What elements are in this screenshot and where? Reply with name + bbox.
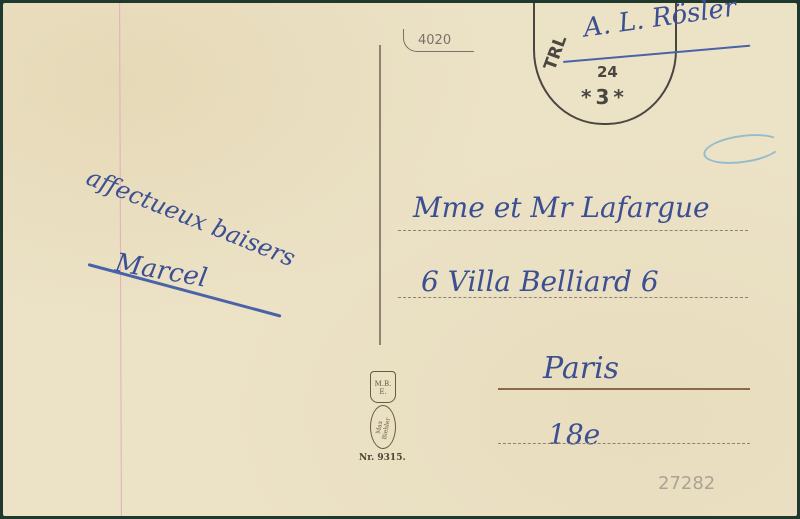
address-rule-1 [398, 230, 748, 231]
address-line-1: Mme et Mr Lafargue [413, 191, 710, 224]
publisher-bell-logo: M.B. E. [370, 371, 396, 403]
catalog-number: Nr. 9315. [359, 453, 406, 463]
publisher-oval-logo: Max Biehler [370, 405, 396, 449]
center-divider [379, 45, 381, 345]
postmark-day: 24 [597, 63, 618, 81]
signature: Marcel [113, 248, 210, 294]
address-line-2: 6 Villa Belliard 6 [421, 265, 659, 298]
address-line-4: 18e [548, 418, 600, 451]
postcard: 4020 TRL 24 *3* A. L. Rösler affectueux … [3, 3, 797, 516]
pencil-bracket [403, 29, 474, 52]
postmark-month: *3* [581, 85, 628, 109]
address-line-3: Paris [543, 351, 619, 386]
address-rule-2 [398, 297, 748, 298]
address-rule-3 [498, 388, 750, 390]
blue-crayon-mark [701, 130, 783, 169]
pencil-number-bottom: 27282 [658, 473, 715, 494]
address-rule-4 [498, 443, 750, 444]
message-text: affectueux baisers [83, 163, 300, 272]
